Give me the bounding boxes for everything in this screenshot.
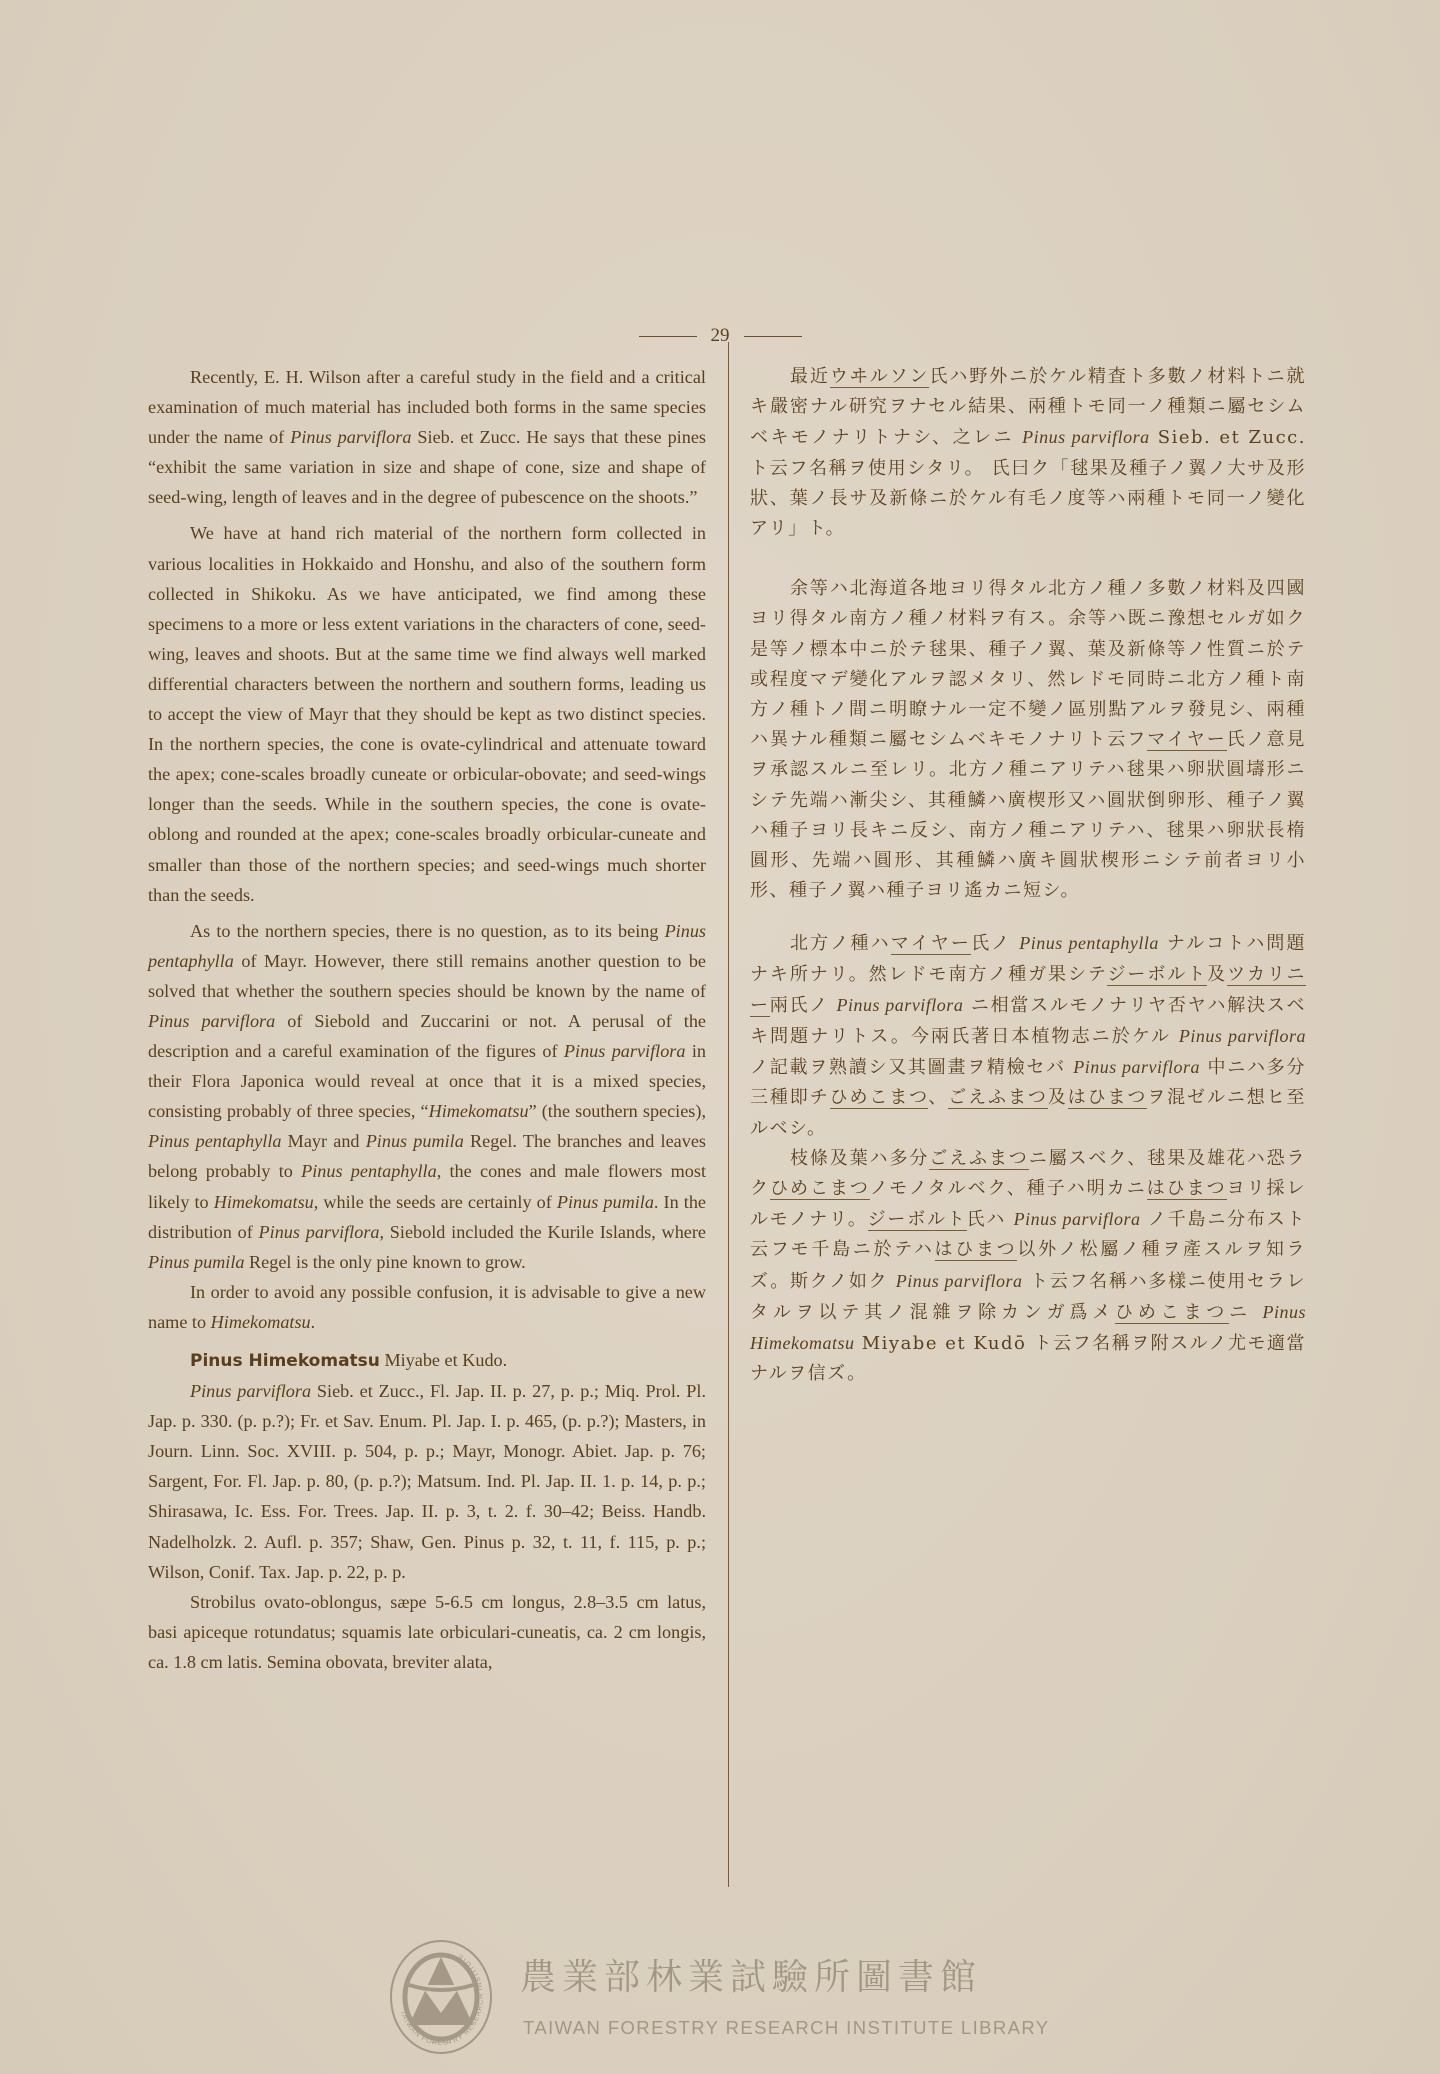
paragraph-material: We have at hand rich material of the nor… [148, 518, 706, 909]
text-run: 余等ハ北海道各地ヨリ得タル北方ノ種ノ多數ノ材料及四國ヨリ得タル南方ノ種ノ材料ヲ有… [750, 578, 1306, 750]
text-run: ” (the southern species), [529, 1101, 706, 1121]
taxon-name: Pinus pumila [148, 1252, 245, 1272]
taxon-name: Pinus parviflora [1014, 1209, 1141, 1229]
taxon-name: Himekomatsu [429, 1101, 529, 1121]
text-run: As to the northern species, there is no … [190, 921, 665, 941]
text-run: Regel is the only pine known to grow. [245, 1252, 526, 1272]
paragraph-new-name: In order to avoid any possible confusion… [148, 1277, 706, 1337]
taxon-name: Pinus pentaphylla [1019, 933, 1159, 953]
text-run: 及 [1207, 964, 1227, 985]
vernacular-name: はひまつ [935, 1239, 1018, 1261]
person-name: マイヤー [891, 933, 971, 955]
jp-paragraph-new-name: 枝條及葉ハ多分ごえふまつニ屬スベク、毬果及雄花ハ恐ラクひめこまつノモノタルベク、… [750, 1144, 1306, 1390]
paragraph-wilson: Recently, E. H. Wilson after a careful s… [148, 362, 706, 512]
text-run: ニ [1229, 1302, 1262, 1323]
text-run: 氏ノ意見ヲ承認スルニ至レリ。北方ノ種ニアリテハ毬果ハ卵狀圓壔形ニシテ先端ハ漸尖シ… [750, 729, 1306, 901]
taxon-name: Pinus parviflora [290, 427, 411, 447]
text-run: Sieb. et Zucc., Fl. Jap. II. p. 27, p. p… [148, 1381, 706, 1582]
text-run: Mayr and [281, 1131, 365, 1151]
taxon-name: Pinus parviflora [1073, 1057, 1200, 1077]
column-divider [728, 342, 729, 1887]
text-run: 北方ノ種ハ [790, 933, 891, 954]
taxon-name: Himekomatsu [214, 1192, 314, 1212]
library-name-english: TAIWAN FORESTRY RESEARCH INSTITUTE LIBRA… [523, 2017, 1050, 2039]
taxon-name: Pinus parviflora [1179, 1026, 1306, 1046]
vernacular-name: はひまつ [1068, 1087, 1148, 1109]
person-name: ジーボルト [1107, 964, 1207, 986]
paragraph-latin-description: Strobilus ovato-oblongus, sæpe 5-6.5 cm … [148, 1587, 706, 1677]
jp-paragraph-material: 余等ハ北海道各地ヨリ得タル北方ノ種ノ多數ノ材料及四國ヨリ得タル南方ノ種ノ材料ヲ有… [750, 574, 1306, 906]
taxon-name: Pinus pentaphylla [148, 1131, 281, 1151]
text-run: , Siebold included the Kurile Islands, w… [380, 1222, 707, 1242]
text-run: ノモノタルベク、種子ハ明カニ [870, 1178, 1147, 1199]
taxon-name: Pinus pentaphylla [301, 1161, 437, 1181]
text-run: , while the seeds are certainly of [314, 1192, 557, 1212]
vernacular-name: はひまつ [1147, 1178, 1227, 1200]
jp-paragraph-northern-species: 北方ノ種ハマイヤー氏ノ Pinus pentaphylla ナルコトハ問題ナキ所… [750, 928, 1306, 1143]
page-number-rule-right [744, 336, 802, 337]
page-number-rule-left [639, 336, 697, 337]
text-run: 氏ノ [971, 933, 1019, 954]
vernacular-name: ひめこまつ [830, 1087, 929, 1109]
text-run: 最近 [790, 366, 830, 387]
text-run: 兩氏ノ [770, 995, 837, 1016]
vernacular-name: ごえふまつ [929, 1148, 1028, 1170]
taxon-name: Pinus pumila [557, 1192, 654, 1212]
library-name-chinese: 農業部林業試驗所圖書館 [520, 1949, 982, 2000]
japanese-column: 最近ウヰルソン氏ハ野外ニ於ケル精査ト多數ノ材料トニ就キ嚴密ナル研究ヲナセル結果、… [750, 362, 1306, 1390]
text-run: 及 [1048, 1087, 1068, 1108]
library-watermark: 1896 TAIWAN FORESTRY RESEARCH INSTITUTE … [385, 1935, 1085, 2065]
text-run: ノ記載ヲ熟讀シ又其圖畫ヲ精檢セバ [750, 1057, 1073, 1078]
taxon-name: Pinus pumila [366, 1131, 464, 1151]
taxon-name: Himekomatsu [211, 1312, 311, 1332]
paragraph-synonymy: Pinus parviflora Sieb. et Zucc., Fl. Jap… [148, 1376, 706, 1587]
taxon-name: Pinus parviflora [564, 1041, 686, 1061]
person-name: マイヤー [1147, 729, 1226, 751]
taxon-name: Pinus parviflora [896, 1271, 1023, 1291]
person-name: ジーボルト [868, 1209, 967, 1231]
text-run: 枝條及葉ハ多分 [790, 1148, 929, 1169]
institute-logo-icon: 1896 TAIWAN FORESTRY RESEARCH INSTITUTE [385, 1935, 497, 2059]
taxon-name: Pinus parviflora [190, 1381, 311, 1401]
taxon-name: Pinus parviflora [1022, 427, 1149, 447]
text-run: . [311, 1312, 316, 1332]
text-run: 、 [928, 1087, 948, 1108]
vernacular-name: ひめこまつ [1115, 1302, 1229, 1324]
page-number: 29 [0, 325, 1440, 347]
vernacular-name: ひめこまつ [770, 1178, 870, 1200]
page-number-text: 29 [711, 325, 730, 347]
english-column: Recently, E. H. Wilson after a careful s… [148, 362, 706, 1677]
taxon-name: Pinus parviflora [837, 995, 964, 1015]
vernacular-name: ごえふまつ [948, 1087, 1048, 1109]
species-heading-authority: Miyabe et Kudo. [380, 1350, 507, 1370]
jp-paragraph-wilson: 最近ウヰルソン氏ハ野外ニ於ケル精査ト多數ノ材料トニ就キ嚴密ナル研究ヲナセル結果、… [750, 362, 1306, 544]
species-heading-name: Pinus Himekomatsu [190, 1351, 380, 1371]
taxon-name: Pinus parviflora [148, 1011, 275, 1031]
paragraph-northern-species: As to the northern species, there is no … [148, 916, 706, 1277]
taxon-name: Pinus parviflora [259, 1222, 380, 1242]
text-run: 氏ハ [967, 1209, 1014, 1230]
person-name: ウヰルソン [830, 366, 930, 388]
species-heading: Pinus Himekomatsu Miyabe et Kudo. [148, 1345, 706, 1376]
